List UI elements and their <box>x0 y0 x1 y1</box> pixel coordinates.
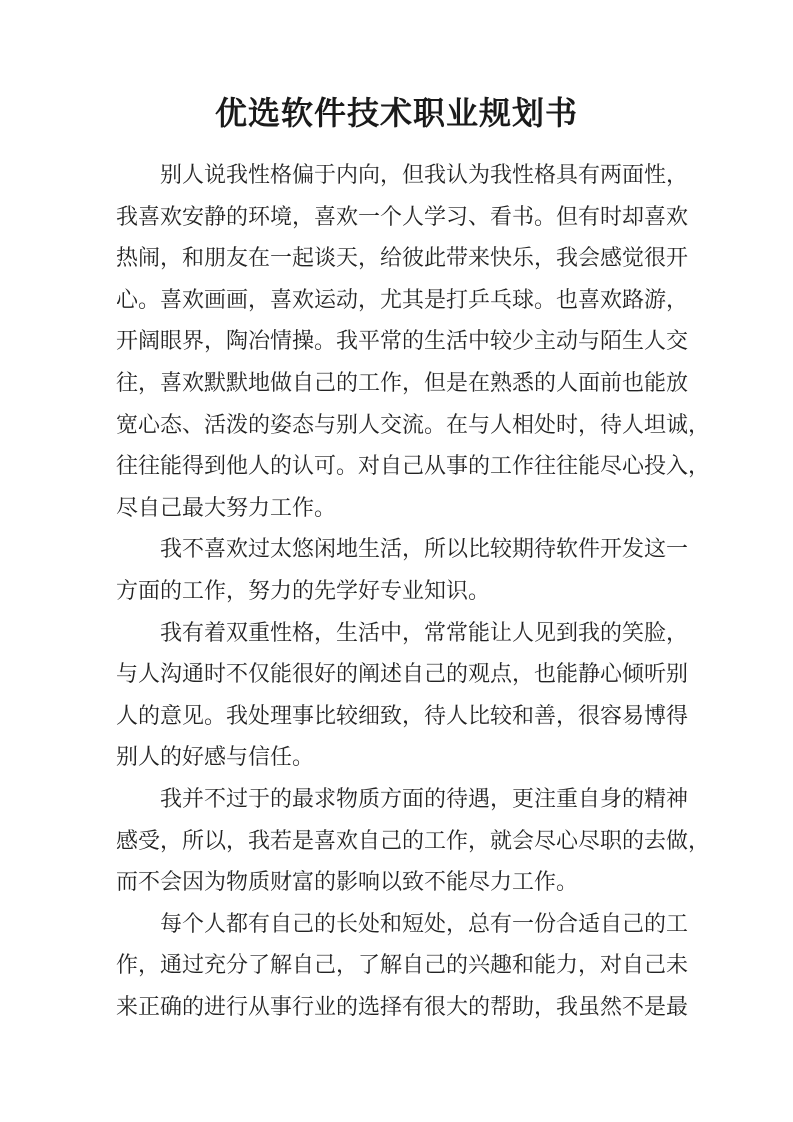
document-page: 优选软件技术职业规划书 别人说我性格偏于内向，但我认为我性格具有两面性， 我喜欢… <box>0 0 793 1122</box>
document-body: 别人说我性格偏于内向，但我认为我性格具有两面性， 我喜欢安静的环境，喜欢一个人学… <box>0 154 793 1027</box>
paragraph-1: 别人说我性格偏于内向，但我认为我性格具有两面性， 我喜欢安静的环境，喜欢一个人学… <box>116 154 703 528</box>
document-title: 优选软件技术职业规划书 <box>0 0 793 136</box>
paragraph-2: 我不喜欢过太悠闲地生活，所以比较期待软件开发这一 方面的工作，努力的先学好专业知… <box>116 528 703 611</box>
paragraph-4: 我并不过于的最求物质方面的待遇，更注重自身的精神 感受，所以，我若是喜欢自己的工… <box>116 778 703 903</box>
paragraph-3: 我有着双重性格，生活中，常常能让人见到我的笑脸， 与人沟通时不仅能很好的阐述自己… <box>116 612 703 778</box>
paragraph-5: 每个人都有自己的长处和短处，总有一份合适自己的工 作，通过充分了解自己，了解自己… <box>116 903 703 1028</box>
